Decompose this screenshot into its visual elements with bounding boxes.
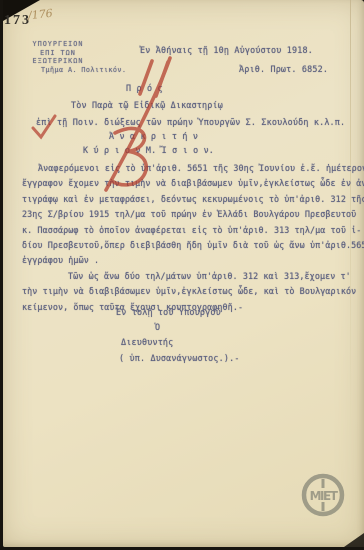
letterhead-line-2: ΕΠΙ ΤΩΝ	[19, 49, 97, 58]
signature-note: ( ὑπ. Δυσανάγνωστος.).-	[119, 353, 240, 363]
letterhead-line-4: Τμῆμα Α. Πολιτικόν.	[41, 66, 161, 75]
letterhead-line-3: ΕΞΩΤΕΡΙΚΩΝ	[19, 57, 97, 66]
stamp-monogram: ΜΙΕΤ	[310, 489, 339, 503]
protocol-number: Ἀριθ. Πρωτ. 6852.	[239, 64, 328, 74]
body-line: ἔγγραφον ἔχομεν τὴν τιμὴν νὰ διαβιβάσωμε…	[22, 176, 360, 191]
body-line: ἐγγράφου ἡμῶν .	[22, 253, 360, 268]
closing-by-order: Ἐν τολῇ τοῦ Ὑπουργοῦ	[116, 307, 221, 317]
archive-number-stamp: 173	[4, 13, 31, 29]
recipient-line-4: Κ ύ ρ ι ο ν Μ. Ἴ σ ι ο ν.	[83, 145, 214, 155]
bottom-right-corner-shadow	[344, 533, 364, 547]
recipient-line-1: Τὸν Παρὰ τῷ Εἰδικῷ Δικαστηρίῳ	[71, 100, 223, 110]
recipient-line-3: Ἀ ν α κ ρ ι τ ή ν	[109, 131, 198, 141]
recipient-line-2: ἐπὶ τῇ Ποιν. διώξεως τῶν πρώην Ὑπουργῶν …	[36, 117, 345, 127]
paper-sheet: 173 /176 ΥΠΟΥΡΓΕΙΟΝ ΕΠΙ ΤΩΝ ΕΞΩΤΕΡΙΚΩΝ Τ…	[3, 0, 364, 547]
miet-archive-stamp-icon: ΜΙΕΤ	[299, 471, 347, 519]
handwritten-archive-number: /176	[27, 7, 53, 23]
closing-title: Διευθυντής	[121, 337, 173, 347]
letterhead: ΥΠΟΥΡΓΕΙΟΝ ΕΠΙ ΤΩΝ ΕΞΩΤΕΡΙΚΩΝ Τμῆμα Α. Π…	[19, 40, 97, 66]
body-line: Ἀναφερόμενοι εἰς τὸ ὑπ'ἀριθ. 5651 τῆς 30…	[22, 161, 360, 176]
body-line: Τῶν ὡς ἄνω δύο τηλ/μάτων ὑπ'ἀριθ. 312 κα…	[22, 269, 360, 284]
salutation-pros: Π ρ ό ς	[126, 83, 163, 93]
body-line: κ. Πασσάρωφ τὸ ὁποῖον ἀναφέρεται εἰς τὸ …	[22, 223, 360, 238]
body-line: τιγράφῳ καὶ ἐν μεταφράσει, δεόντως κεκυρ…	[22, 192, 360, 207]
letterhead-line-1: ΥΠΟΥΡΓΕΙΟΝ	[19, 40, 97, 49]
body-line: 23ης Σ/βρίου 1915 τηλ/μα τοῦ πρώην ἐν Ἑλ…	[22, 207, 360, 222]
scanned-letter-page: 173 /176 ΥΠΟΥΡΓΕΙΟΝ ΕΠΙ ΤΩΝ ΕΞΩΤΕΡΙΚΩΝ Τ…	[0, 0, 364, 550]
closing-article: Ὁ	[155, 322, 160, 332]
body-line: δίου Πρεσβευτοῦ,ὅπερ διεβιβάσθη ἤδη ὑμῖν…	[22, 238, 360, 253]
body-line: τὴν τιμὴν νὰ διαβιβάσωμεν ὑμῖν,ἐγκλείστω…	[22, 284, 360, 299]
body-paragraph: Ἀναφερόμενοι εἰς τὸ ὑπ'ἀριθ. 5651 τῆς 30…	[22, 161, 360, 315]
dateline: Ἐν Ἀθήναις τῇ 10ῃ Αὐγούστου 1918.	[140, 45, 313, 55]
